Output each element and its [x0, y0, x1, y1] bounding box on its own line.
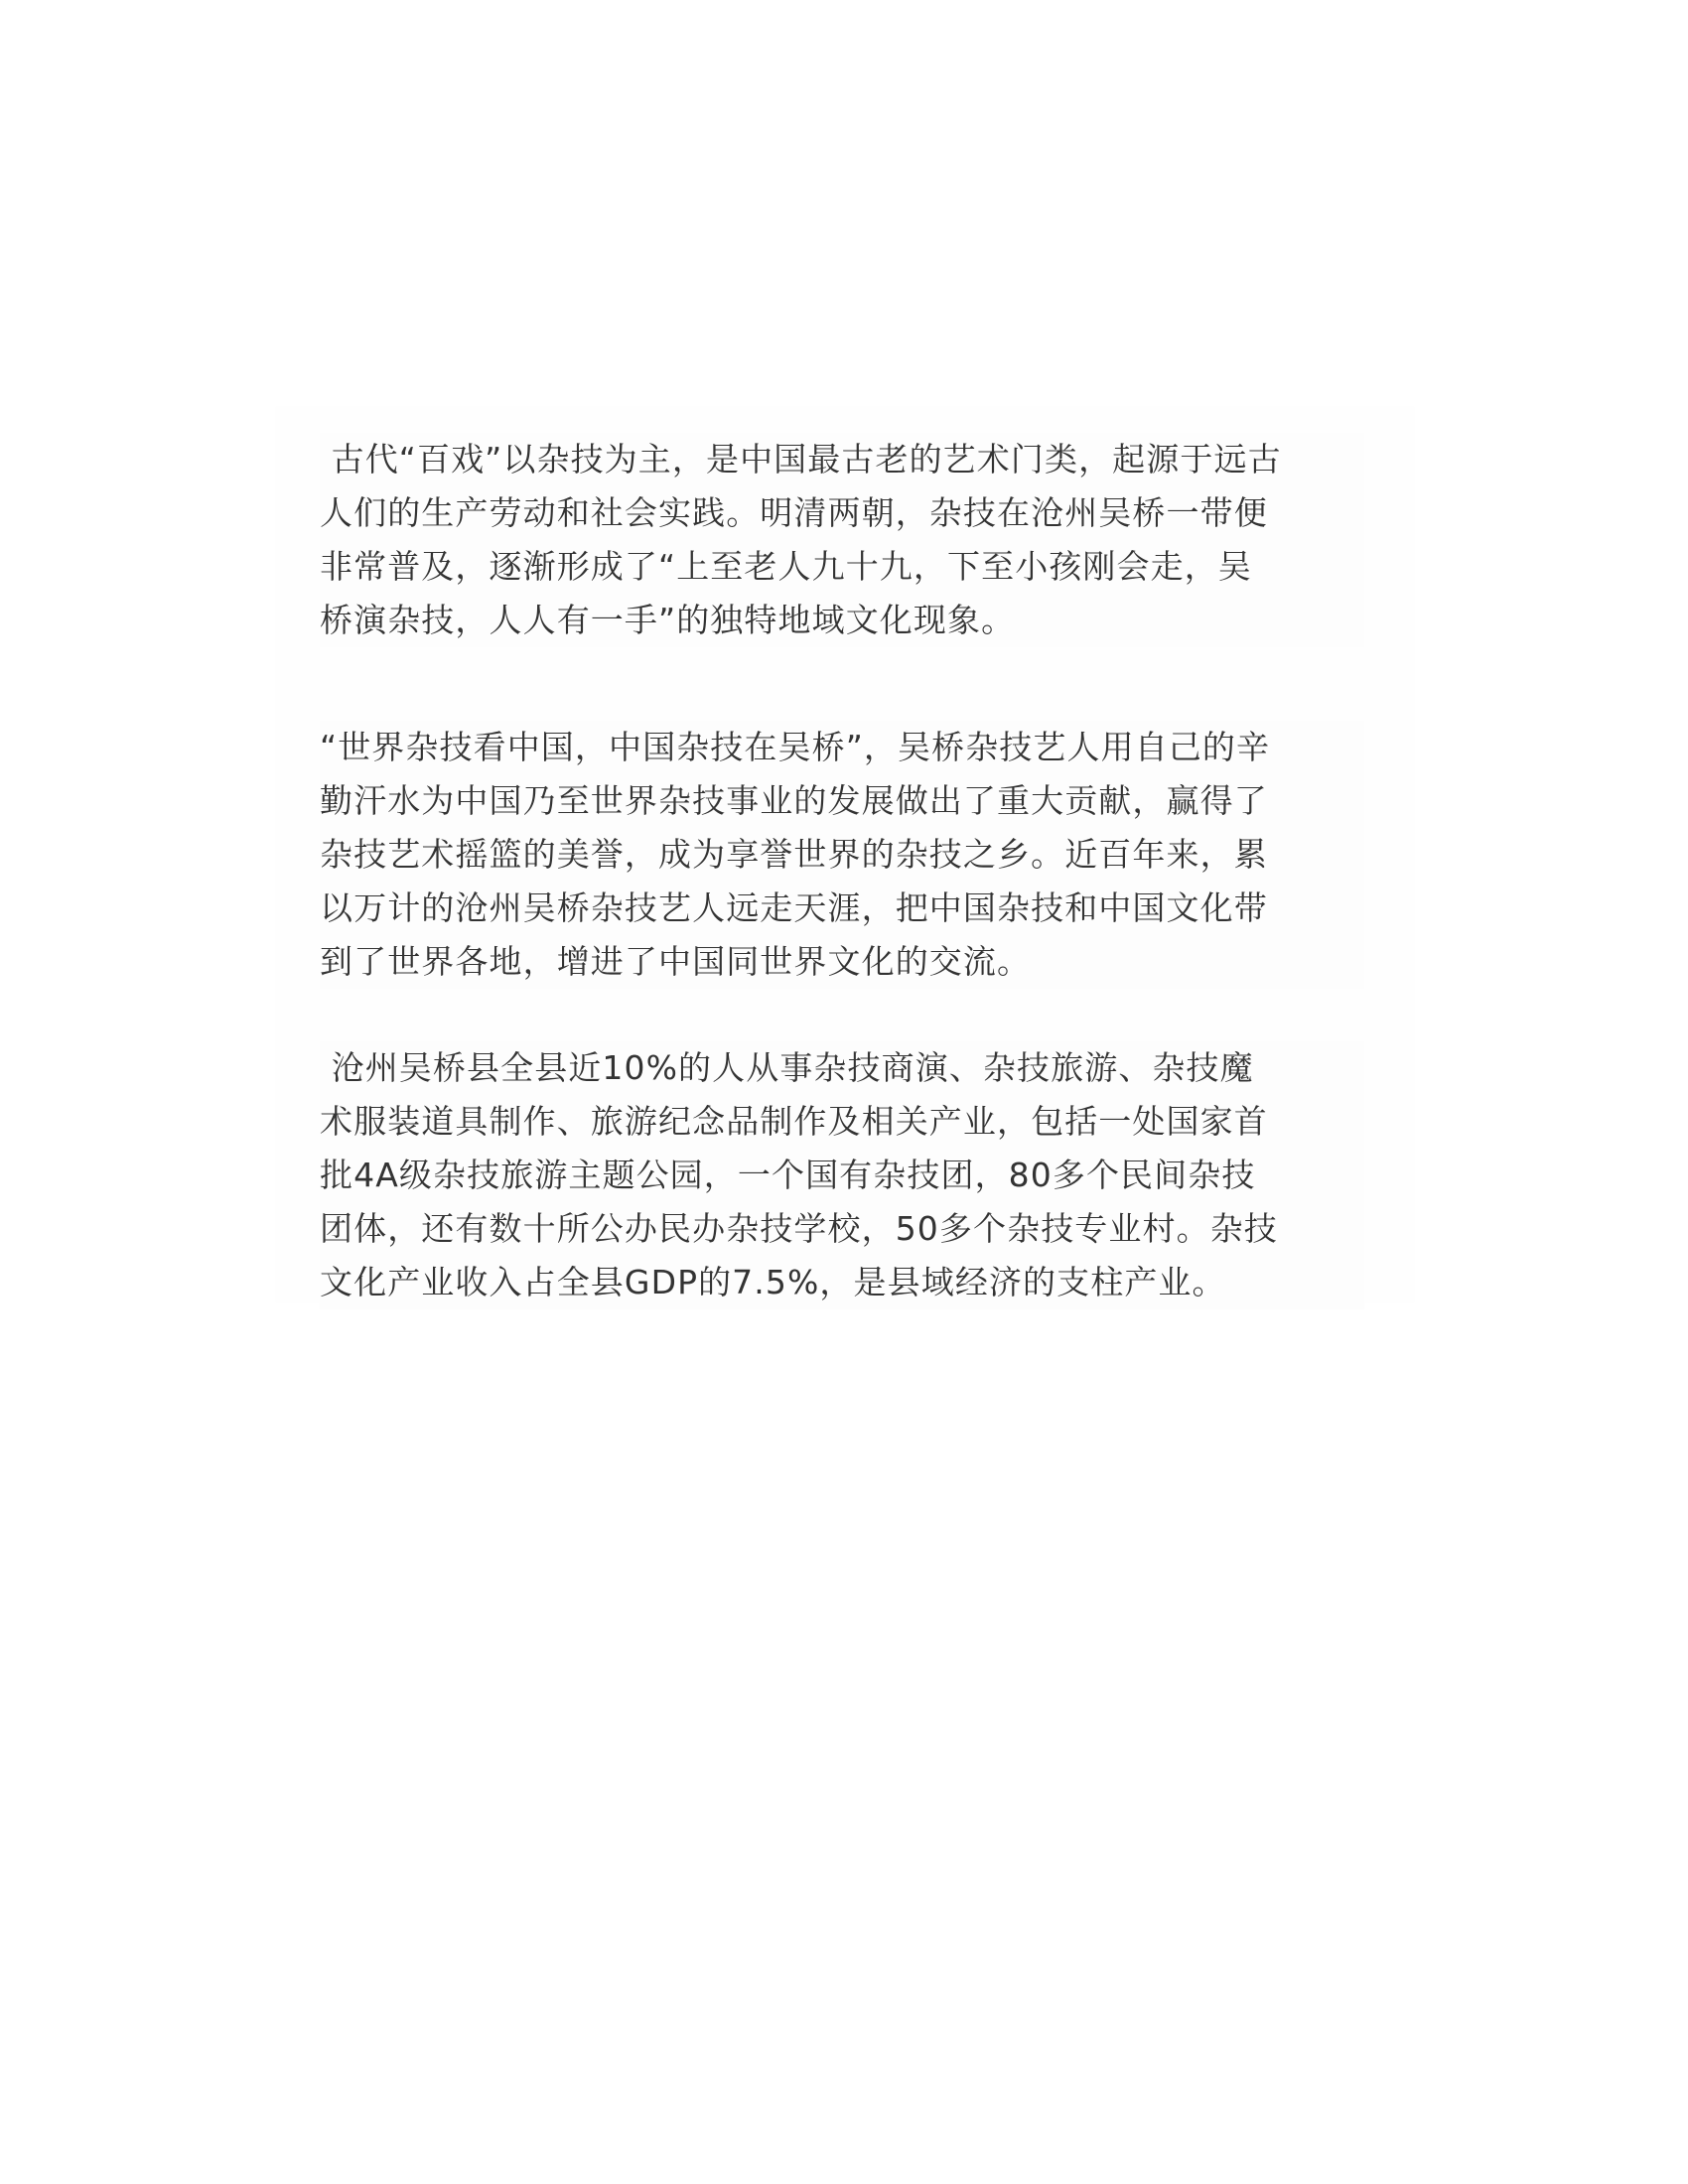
paragraph-line: 非常普及，逐渐形成了“上至老人九十九，下至小孩刚会走，吴 — [320, 540, 1364, 594]
paragraph-line: 勤汗水为中国乃至世界杂技事业的发展做出了重大贡献，赢得了 — [320, 774, 1364, 828]
paragraph-history: 古代“百戏”以杂技为主，是中国最古老的艺术门类，起源于远古 人们的生产劳动和社会… — [320, 433, 1364, 647]
paragraph-reputation: “世界杂技看中国，中国杂技在吴桥”，吴桥杂技艺人用自己的辛 勤汗水为中国乃至世界… — [320, 721, 1364, 989]
paragraph-line: 文化产业收入占全县GDP的7.5%，是县域经济的支柱产业。 — [320, 1256, 1364, 1309]
paragraph-line: 以万计的沧州吴桥杂技艺人远走天涯，把中国杂技和中国文化带 — [320, 882, 1364, 935]
paragraph-industry: 沧州吴桥县全县近10%的人从事杂技商演、杂技旅游、杂技魔 术服装道具制作、旅游纪… — [320, 1041, 1364, 1309]
paragraph-line: 人们的生产劳动和社会实践。明清两朝，杂技在沧州吴桥一带便 — [320, 486, 1364, 540]
paragraph-line: 杂技艺术摇篮的美誉，成为享誉世界的杂技之乡。近百年来，累 — [320, 828, 1364, 882]
paragraph-line: 古代“百戏”以杂技为主，是中国最古老的艺术门类，起源于远古 — [320, 433, 1364, 486]
paragraph-line: 术服装道具制作、旅游纪念品制作及相关产业，包括一处国家首 — [320, 1095, 1364, 1149]
paragraph-line: 批4A级杂技旅游主题公园，一个国有杂技团，80多个民间杂技 — [320, 1149, 1364, 1202]
paragraph-line: 桥演杂技，人人有一手”的独特地域文化现象。 — [320, 594, 1364, 647]
paragraph-line: 沧州吴桥县全县近10%的人从事杂技商演、杂技旅游、杂技魔 — [320, 1041, 1364, 1095]
paragraph-line: “世界杂技看中国，中国杂技在吴桥”，吴桥杂技艺人用自己的辛 — [320, 721, 1364, 774]
paragraph-line: 到了世界各地，增进了中国同世界文化的交流。 — [320, 935, 1364, 989]
paragraph-line: 团体，还有数十所公办民办杂技学校，50多个杂技专业村。杂技 — [320, 1202, 1364, 1256]
